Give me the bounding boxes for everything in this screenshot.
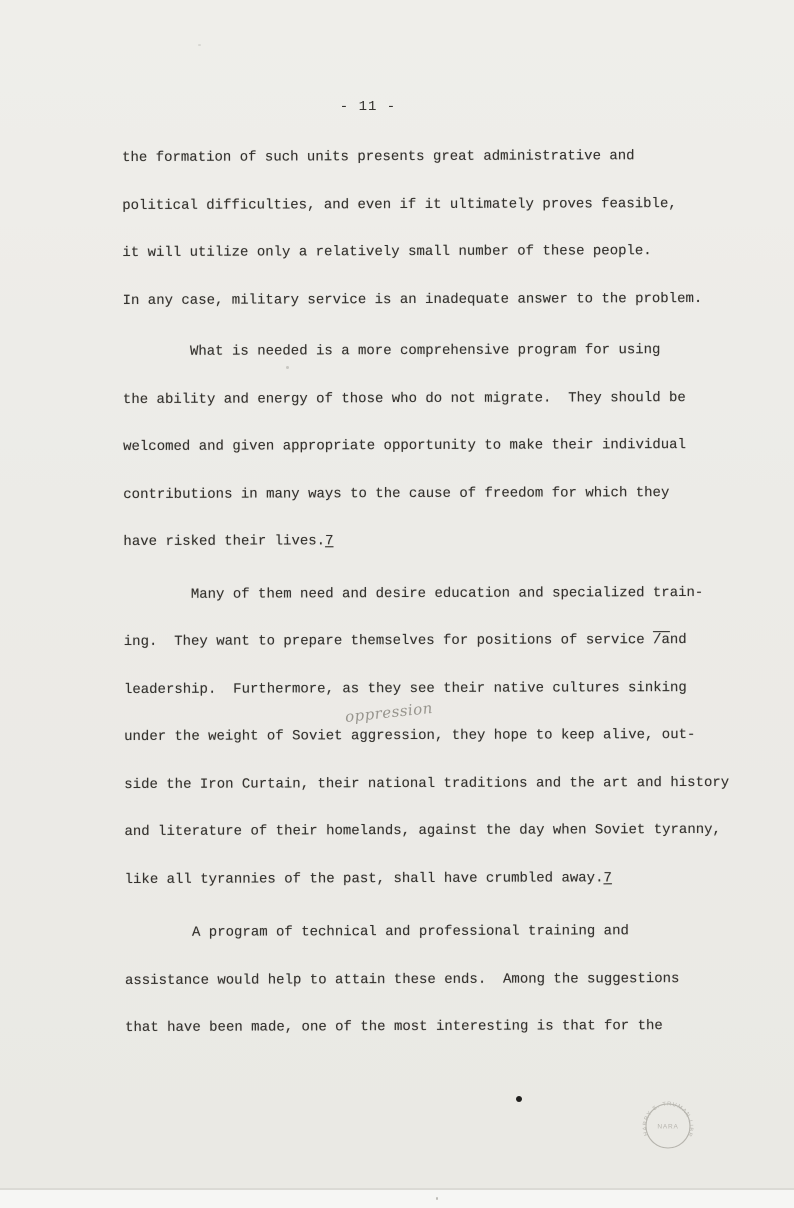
text-line: What is needed is a more comprehensive p… [123, 327, 763, 377]
text-line: ing. They want to prepare themselves for… [124, 617, 764, 667]
text-segment: the ability and energy of those who do n… [123, 390, 686, 408]
stamp-ring-text: HARRY S. TRUMAN LIBRARY [641, 1099, 694, 1138]
text-line: it will utilize only a relatively small … [122, 228, 762, 278]
text-line: under the weight of Soviet aggression, t… [124, 712, 764, 762]
text-segment: welcomed and given appropriate opportuni… [123, 437, 686, 455]
paper-speck [286, 366, 289, 369]
text-segment: like all tyrannies of the past, shall ha… [125, 870, 604, 888]
paper-speck [436, 1197, 438, 1200]
text-segment: side the Iron Curtain, their national tr… [124, 774, 729, 792]
text-segment: that have been made, one of the most int… [125, 1018, 663, 1036]
text-line: A program of technical and professional … [125, 908, 765, 958]
stamp-center-text: NARA [657, 1124, 678, 1131]
truman-library-stamp-icon: HARRY S. TRUMAN LIBRARY NARA [641, 1099, 695, 1153]
page-number-heading: - 11 - [0, 99, 736, 115]
text-line: leadership. Furthermore, as they see the… [124, 664, 764, 714]
text-segment: contributions in many ways to the cause … [123, 485, 669, 503]
text-segment: leadership. Furthermore, as they see the… [124, 680, 687, 698]
text-segment: the formation of such units presents gre… [122, 148, 635, 166]
typed-bracket-mark: /a [653, 632, 670, 648]
text-line: and literature of their homelands, again… [124, 807, 764, 857]
text-line: that have been made, one of the most int… [125, 1003, 765, 1053]
text-segment: under the weight of Soviet aggression, t… [124, 727, 695, 745]
text-segment: political difficulties, and even if it u… [122, 196, 677, 214]
text-segment: In any case, military service is an inad… [123, 290, 703, 308]
text-line: the ability and energy of those who do n… [123, 374, 763, 424]
text-segment: and literature of their homelands, again… [124, 822, 721, 840]
svg-text:HARRY S. TRUMAN LIBRARY: HARRY S. TRUMAN LIBRARY [641, 1099, 694, 1138]
text-line: have risked their lives.7 [123, 517, 763, 567]
typed-bracket-mark: 7 [325, 533, 333, 549]
paragraph: What is needed is a more comprehensive p… [123, 327, 764, 567]
paragraph: A program of technical and professional … [125, 908, 765, 1053]
paper-speck [198, 44, 201, 46]
text-line: like all tyrannies of the past, shall ha… [125, 854, 765, 904]
text-line: In any case, military service is an inad… [122, 275, 762, 325]
text-segment: assistance would help to attain these en… [125, 971, 680, 989]
text-segment: it will utilize only a relatively small … [122, 243, 651, 261]
ink-dot [516, 1096, 522, 1102]
text-line: welcomed and given appropriate opportuni… [123, 422, 763, 472]
text-line: assistance would help to attain these en… [125, 955, 765, 1005]
text-line: contributions in many ways to the cause … [123, 469, 763, 519]
text-segment: Many of them need and desire education a… [124, 584, 704, 602]
paragraph: Many of them need and desire education a… [124, 569, 765, 904]
text-segment: have risked their lives. [123, 533, 325, 550]
text-segment: A program of technical and professional … [125, 923, 629, 941]
text-segment: ing. They want to prepare themselves for… [124, 632, 653, 650]
text-line: political difficulties, and even if it u… [122, 180, 762, 230]
text-line: Many of them need and desire education a… [124, 569, 764, 619]
document-body: the formation of such units presents gre… [122, 133, 765, 1053]
paragraph: the formation of such units presents gre… [122, 133, 763, 325]
scan-background-edge [0, 1190, 794, 1208]
text-segment: nd [670, 632, 687, 648]
text-line: side the Iron Curtain, their national tr… [124, 759, 764, 809]
text-line: the formation of such units presents gre… [122, 133, 762, 183]
typed-bracket-mark: 7 [603, 870, 611, 886]
text-segment: What is needed is a more comprehensive p… [123, 342, 661, 360]
